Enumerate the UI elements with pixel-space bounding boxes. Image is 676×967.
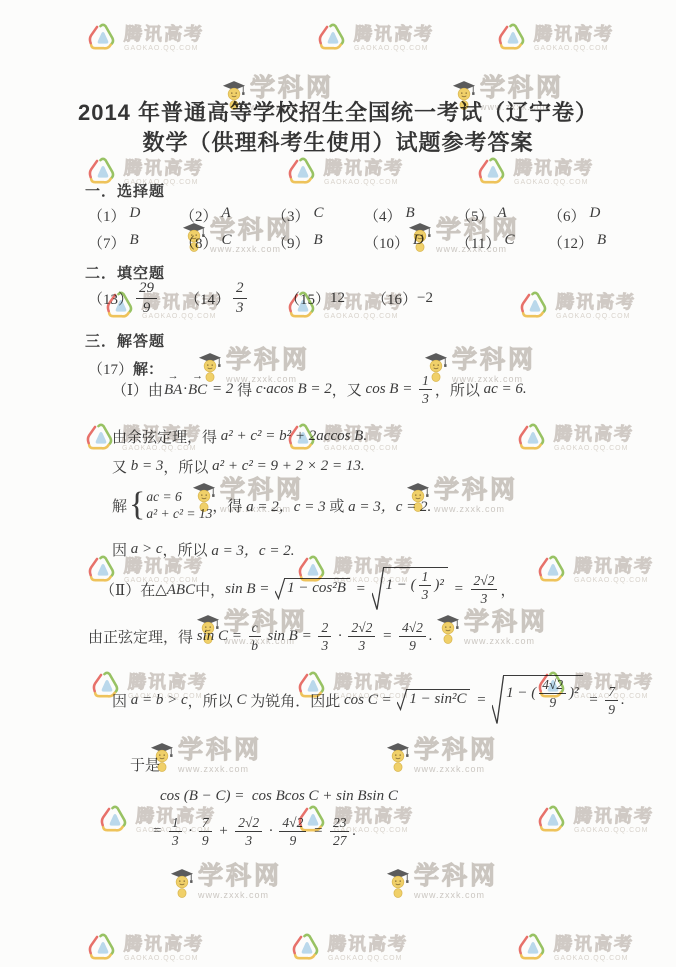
fraction-numerator: 4√2 [539,677,566,694]
fraction-numerator: 7 [605,684,618,701]
fill-item-14: （14） 23 [185,280,285,317]
fraction-numerator: 1 [419,373,432,390]
equation-system: ac = 6 a² + c² = 13 [146,488,212,522]
fraction: 2√23 [348,620,375,653]
fraction-denominator: 9 [202,832,209,848]
answer-item: （4）B [364,205,456,226]
math: = [352,581,370,598]
fraction-denominator: 3 [236,299,244,317]
fraction-denominator: 9 [608,701,615,717]
solution-line-1: （Ⅰ）由 BA · BC = 2 得 c·acos B = 2 ，又 cos B… [112,372,527,406]
answer-item: （2）A [180,205,272,226]
page-title-line-2: 数学（供理科考生使用）试题参考答案 [0,126,676,157]
math: 1 − ( [506,685,536,702]
fraction: cb [249,620,261,653]
text: （Ⅰ）由 [112,379,163,400]
math: = [309,823,327,840]
solution-line-6: （Ⅱ）在 △ABC 中， sin B = 1 − cos²B = 1 − (13… [100,566,515,612]
fraction-denominator: 3 [422,586,429,602]
math: )² [569,685,579,702]
page-title-line-1: 2014 年普通高等学校招生全国统一考试（辽宁卷） [0,96,676,127]
fraction-numerator: 2 [318,620,331,637]
answer-number: （3） [272,205,310,226]
fill-item-16: （16） −2 [372,288,433,309]
radicand: 1 − sin²C [406,689,470,708]
fraction-denominator: 3 [245,832,252,848]
answer-value: B [406,205,415,226]
fraction-denominator: 9 [290,832,297,848]
solution-line-10: cos (B − C) = cos Bcos C + sin Bsin C [160,788,398,805]
answer-item: （5）A [456,205,548,226]
answer-value: B [314,232,323,253]
fraction-denominator: 3 [359,637,366,653]
math: · [185,823,196,840]
answer-item: （10）D [364,232,456,253]
answer-number: （10） [364,232,409,253]
solution-line-9: 于是 [130,754,160,775]
text: 由余弦定理，得 [112,426,221,447]
text: 中， [195,579,225,600]
answer-item: （9）B [272,232,364,253]
math: cos C = [344,692,395,709]
math: = [152,823,166,840]
scanned-answer-sheet: 2014 年普通高等学校招生全国统一考试（辽宁卷） 数学（供理科考生使用）试题参… [0,0,676,967]
fraction-numerator: 1 [169,815,182,832]
math: = [472,692,490,709]
solution-line-5: 因 a > c ，所以 a = 3，c = 2. [112,539,294,560]
math: )² [434,577,444,594]
math: cos B = [366,381,417,398]
text: ，又 [332,379,366,400]
dot-operator: · [183,381,187,398]
vector-BC: BC [188,380,207,399]
math: a² + c² = 9 + 2 × 2 = 13. [212,458,365,475]
math: 1 − ( [386,577,416,594]
choice-answers-row-2: （7）B （8）C （9）B （10）D （11）C （12）B [88,232,640,253]
fraction-numerator: 2 [233,280,247,299]
fill-answers-row: （13） 299 （14） 23 （15） 12 （16） −2 [88,280,433,316]
math: = [585,692,603,709]
fraction-denominator: 3 [321,637,328,653]
answer-item: （3）C [272,205,364,226]
math: sin B = [264,628,316,645]
fraction-denominator: 9 [143,299,151,317]
solution-line-8: 因 a = b > c ，所以 C 为锐角．因此 cos C = 1 − sin… [112,672,625,728]
fraction-denominator: b [251,637,258,653]
answer-item: （7）B [88,232,180,253]
fraction-numerator: 7 [199,815,212,832]
text: 由正弦定理，得 [88,626,197,647]
fraction-numerator: 2√2 [348,620,375,637]
math: . [621,692,625,709]
answer-value: D [590,205,601,226]
answer-number: （11） [456,232,500,253]
fraction: 13 [169,815,182,848]
square-root-tall: 1 − (4√29)² [492,675,583,725]
solution-line-11: = 13 · 79 + 2√23 · 4√29 = 2327 . [152,812,356,850]
answer-item: （8）C [180,232,272,253]
fraction-denominator: 3 [422,390,429,406]
math: a = 3，c = 2. [348,495,431,516]
answer-number: （5） [456,205,494,226]
fraction: 79 [199,815,212,848]
math: cos (B − C) = cos Bcos C + sin Bsin C [160,788,398,805]
math: a = 3，c = 2. [211,539,294,560]
text: 因 [112,539,131,560]
text: ，得 [212,495,246,516]
radicand: 1 − (4√29)² [503,675,583,710]
math: + [215,823,233,840]
radicand: 1 − (13)² [383,567,448,602]
square-root: 1 − sin²C [397,689,470,711]
fraction: 23 [318,620,331,653]
math: a² + c² = b² + 2accos B. [221,428,367,445]
answer-value: 12 [330,290,345,307]
fraction-numerator: 1 [419,569,432,586]
answer-value: C [222,232,232,253]
fraction: 2√23 [471,573,498,606]
fraction-denominator: 27 [333,832,347,848]
math: = [450,581,468,598]
fraction: 2327 [330,815,350,848]
math: b = 3 [131,458,164,475]
fraction: 23 [233,280,247,317]
answer-value: C [504,232,514,253]
fraction: 2√23 [235,815,262,848]
solution-line-2: 由余弦定理，得 a² + c² = b² + 2accos B. [112,426,367,447]
answer-number: （14） [185,288,230,309]
math: sin B = [225,581,273,598]
text: ， [500,579,515,600]
fraction-numerator: 4√2 [279,815,306,832]
math: . [352,823,356,840]
fraction-denominator: 3 [172,832,179,848]
fraction-numerator: 23 [330,815,350,832]
text: 得 [237,379,256,400]
text: ，所以 [163,456,212,477]
answer-item: （1）D [88,205,180,226]
fraction-numerator: c [249,620,261,637]
answer-item: （6）D [548,205,640,226]
fraction: 79 [605,684,618,717]
fraction: 4√29 [399,620,426,653]
fill-item-15: （15） 12 [285,288,372,309]
math: a = 2，c = 3 [246,495,325,516]
math: a > c [131,541,163,558]
answer-value: D [413,232,424,253]
answer-number: （7） [88,232,126,253]
math: ac = 6. [484,381,527,398]
text: 又 [112,456,131,477]
fraction-numerator: 29 [136,280,157,299]
document-content: 2014 年普通高等学校招生全国统一考试（辽宁卷） 数学（供理科考生使用）试题参… [0,0,676,967]
section-heading-choice: 一．选择题 [85,180,165,201]
text: （Ⅱ）在 [100,579,155,600]
answer-number: （9） [272,232,310,253]
math: C [236,692,246,709]
answer-value: B [597,232,606,253]
text: 解 [112,495,127,516]
answer-value: B [130,232,139,253]
fraction-denominator: 9 [409,637,416,653]
answer-value: A [498,205,507,226]
answer-value: A [222,205,231,226]
math: a = b > c [131,692,188,709]
answer-number: （2） [180,205,218,226]
fraction: 13 [419,569,432,602]
answer-number: （15） [285,288,330,309]
vector-BA: BA [164,380,182,399]
case-1: ac = 6 [146,488,212,505]
text: ，所以 [435,379,484,400]
fill-item-13: （13） 299 [88,280,185,317]
radicand: 1 − cos²B [284,578,350,597]
solution-line-3: 又 b = 3 ，所以 a² + c² = 9 + 2 × 2 = 13. [112,456,365,477]
answer-number: （6） [548,205,586,226]
answer-item: （11）C [456,232,548,253]
choice-answers-row-1: （1）D （2）A （3）C （4）B （5）A （6）D [88,205,640,226]
math: sin C = [197,628,246,645]
text: 或 [326,495,349,516]
answer-value: −2 [417,290,433,307]
math: = [378,628,396,645]
solution-line-7: 由正弦定理，得 sin C = cb sin B = 23 · 2√23 = 4… [88,616,433,656]
square-root: 1 − cos²B [275,578,350,600]
fraction-numerator: 2√2 [471,573,498,590]
answer-number: （16） [372,288,417,309]
fraction-numerator: 2√2 [235,815,262,832]
fraction-denominator: 9 [549,694,556,710]
answer-number: （1） [88,205,126,226]
fraction: 4√29 [279,815,306,848]
square-root-tall: 1 − (13)² [372,567,448,611]
fraction-denominator: 3 [481,590,488,606]
math: = 2 [208,381,237,398]
answer-number: （13） [88,288,133,309]
fraction: 13 [419,373,432,406]
left-brace: { [129,488,145,522]
case-2: a² + c² = 13 [146,505,212,522]
text: 于是 [130,754,160,775]
math: c·acos B = 2 [256,381,332,398]
answer-value: D [130,205,141,226]
answer-value: C [314,205,324,226]
answer-item: （12）B [548,232,640,253]
solution-line-4: 解 { ac = 6 a² + c² = 13 ，得 a = 2，c = 3 或… [112,486,431,524]
fraction-numerator: 4√2 [399,620,426,637]
fraction: 4√29 [539,677,566,710]
answer-number: （8） [180,232,218,253]
fraction: 299 [136,280,157,317]
answer-number: （12） [548,232,593,253]
section-heading-solve: 三．解答题 [85,330,165,351]
math: · [334,628,345,645]
text: ，所以 [163,539,212,560]
text: 因 [112,690,131,711]
text: ，所以 [188,690,237,711]
math: . [429,628,433,645]
math: △ABC [155,580,195,599]
math: · [265,823,276,840]
answer-number: （4） [364,205,402,226]
text: 为锐角．因此 [246,690,344,711]
